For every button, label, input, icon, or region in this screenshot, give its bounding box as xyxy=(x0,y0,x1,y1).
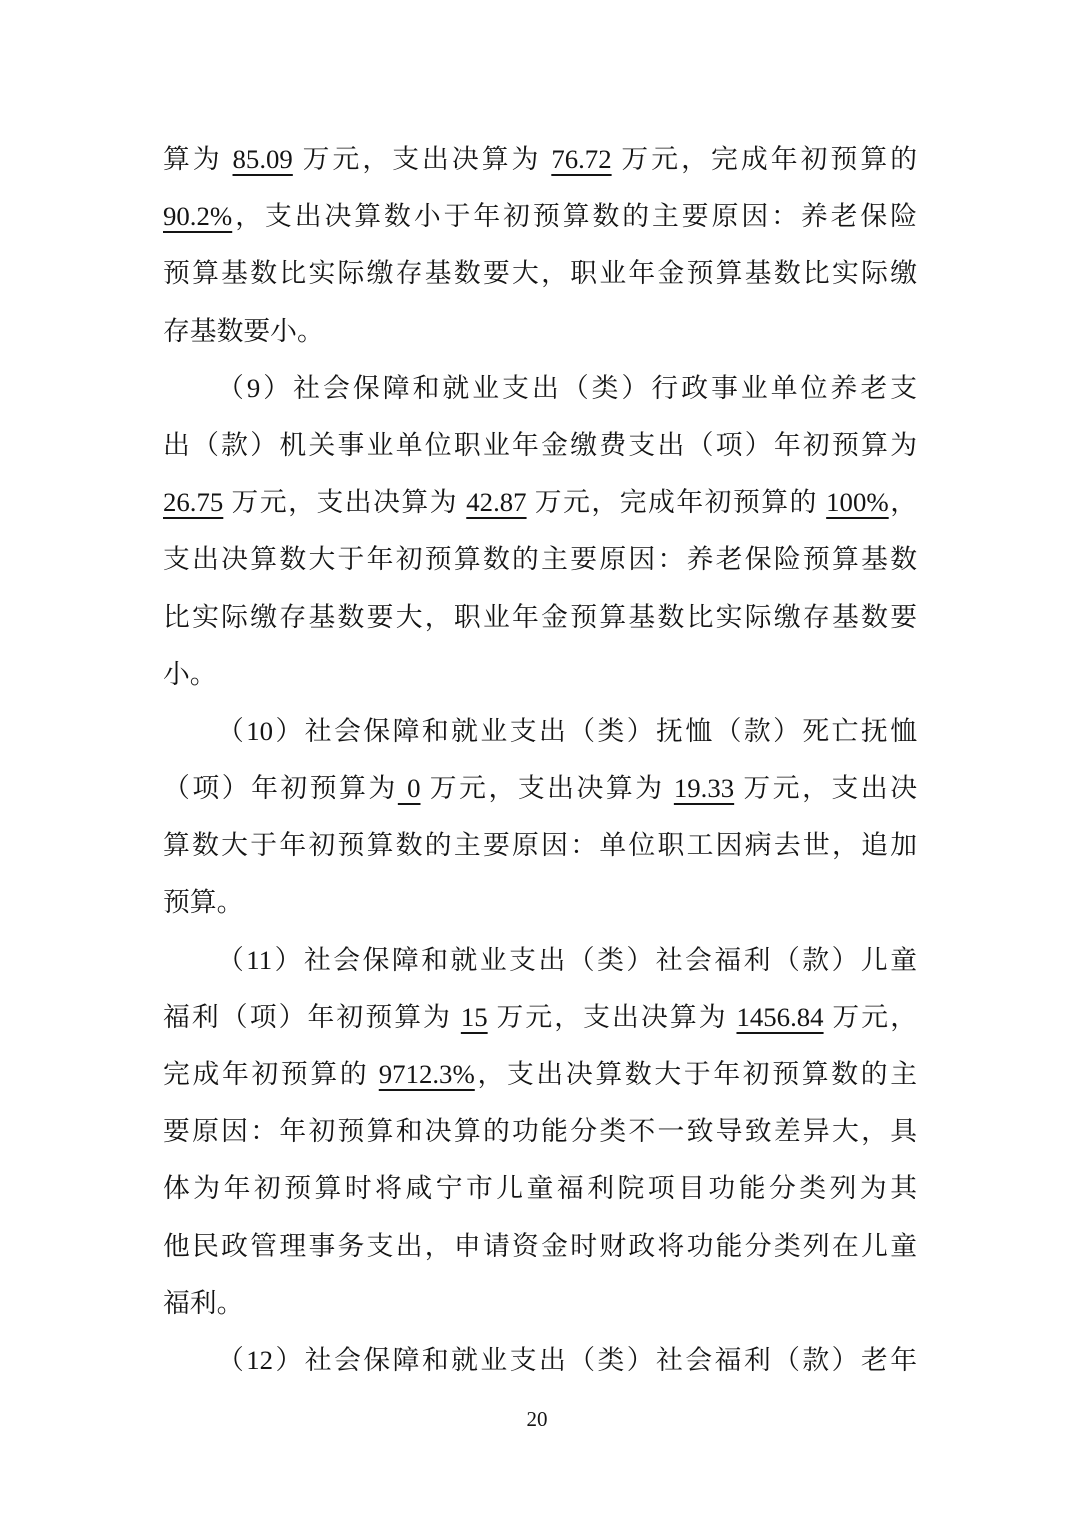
text-run: （12）社会保障和就业支出（类）社会福利（款）老年 xyxy=(217,1345,917,1375)
underlined-value: 19.33 xyxy=(674,773,734,803)
text-line: 算数大于年初预算数的主要原因：单位职工因病去世，追加 xyxy=(163,817,917,874)
underlined-value: 0 xyxy=(398,773,421,803)
text-line: 完成年初预算的 9712.3%，支出决算数大于年初预算数的主 xyxy=(163,1046,917,1103)
text-run: 比实际缴存基数要大，职业年金预算基数比实际缴存基数要 xyxy=(163,602,917,632)
text-line: 算为 85.09 万元，支出决算为 76.72 万元，完成年初预算的 xyxy=(163,131,917,188)
text-line: 体为年初预算时将咸宁市儿童福利院项目功能分类列为其 xyxy=(163,1160,917,1217)
text-run: 万元，支出决算为 xyxy=(223,487,466,517)
text-run: 福利。 xyxy=(163,1288,243,1318)
text-run: （项）年初预算为 xyxy=(163,773,398,803)
text-run: 万元， xyxy=(824,1002,917,1032)
text-run: 支出决算数大于年初预算数的主要原因：养老保险预算基数 xyxy=(163,544,917,574)
underlined-value: 85.09 xyxy=(233,144,293,174)
text-run: 存基数要小。 xyxy=(163,316,324,346)
text-run: （10）社会保障和就业支出（类）抚恤（款）死亡抚恤 xyxy=(217,716,917,746)
document-body: 算为 85.09 万元，支出决算为 76.72 万元，完成年初预算的90.2%，… xyxy=(163,131,917,1389)
text-run: 算为 xyxy=(163,144,233,174)
text-run: （11）社会保障和就业支出（类）社会福利（款）儿童 xyxy=(217,945,917,975)
text-run: 万元，支出决 xyxy=(734,773,917,803)
text-line: 存基数要小。 xyxy=(163,303,917,360)
text-line: 支出决算数大于年初预算数的主要原因：养老保险预算基数 xyxy=(163,531,917,588)
text-run: 预算基数比实际缴存基数要大，职业年金预算基数比实际缴 xyxy=(163,258,917,288)
text-line: 90.2%，支出决算数小于年初预算数的主要原因：养老保险 xyxy=(163,188,917,245)
underlined-value: 76.72 xyxy=(551,144,611,174)
underlined-value: 15 xyxy=(461,1002,488,1032)
underlined-value: 1456.84 xyxy=(736,1002,823,1032)
text-run: 算数大于年初预算数的主要原因：单位职工因病去世，追加 xyxy=(163,830,917,860)
text-run: 体为年初预算时将咸宁市儿童福利院项目功能分类列为其 xyxy=(163,1173,917,1203)
text-line: （9）社会保障和就业支出（类）行政事业单位养老支 xyxy=(163,360,917,417)
text-run: 万元，完成年初预算的 xyxy=(527,487,827,517)
underlined-value: 90.2% xyxy=(163,201,232,231)
text-run: 万元，完成年初预算的 xyxy=(612,144,917,174)
text-line: 他民政管理事务支出，申请资金时财政将功能分类列在儿童 xyxy=(163,1218,917,1275)
text-line: 预算。 xyxy=(163,874,917,931)
underlined-value: 26.75 xyxy=(163,487,223,517)
text-line: 小。 xyxy=(163,646,917,703)
underlined-value: 42.87 xyxy=(466,487,526,517)
underlined-value: 9712.3% xyxy=(379,1059,475,1089)
text-line: 福利（项）年初预算为 15 万元，支出决算为 1456.84 万元， xyxy=(163,989,917,1046)
text-line: 要原因：年初预算和决算的功能分类不一致导致差异大，具 xyxy=(163,1103,917,1160)
text-run: 小。 xyxy=(163,659,217,689)
text-run: 万元，支出决算为 xyxy=(293,144,552,174)
text-line: 比实际缴存基数要大，职业年金预算基数比实际缴存基数要 xyxy=(163,589,917,646)
text-line: 预算基数比实际缴存基数要大，职业年金预算基数比实际缴 xyxy=(163,245,917,302)
document-page: 算为 85.09 万元，支出决算为 76.72 万元，完成年初预算的90.2%，… xyxy=(0,0,1074,1520)
text-run: 预算。 xyxy=(163,887,243,917)
text-line: 福利。 xyxy=(163,1275,917,1332)
text-line: 26.75 万元，支出决算为 42.87 万元，完成年初预算的 100%， xyxy=(163,474,917,531)
text-run: 福利（项）年初预算为 xyxy=(163,1002,461,1032)
text-line: （项）年初预算为 0 万元，支出决算为 19.33 万元，支出决 xyxy=(163,760,917,817)
text-run: 完成年初预算的 xyxy=(163,1059,379,1089)
text-run: 他民政管理事务支出，申请资金时财政将功能分类列在儿童 xyxy=(163,1231,917,1261)
text-run: 出（款）机关事业单位职业年金缴费支出（项）年初预算为 xyxy=(163,430,917,460)
text-run: 万元，支出决算为 xyxy=(488,1002,737,1032)
text-line: （11）社会保障和就业支出（类）社会福利（款）儿童 xyxy=(163,932,917,989)
text-line: 出（款）机关事业单位职业年金缴费支出（项）年初预算为 xyxy=(163,417,917,474)
text-run: （9）社会保障和就业支出（类）行政事业单位养老支 xyxy=(217,373,917,403)
text-run: 万元，支出决算为 xyxy=(421,773,674,803)
underlined-value: 100% xyxy=(826,487,889,517)
text-run: 要原因：年初预算和决算的功能分类不一致导致差异大，具 xyxy=(163,1116,917,1146)
page-number: 20 xyxy=(0,1405,1074,1433)
text-run: ，支出决算数小于年初预算数的主要原因：养老保险 xyxy=(232,201,917,231)
text-line: （10）社会保障和就业支出（类）抚恤（款）死亡抚恤 xyxy=(163,703,917,760)
text-run: ，支出决算数大于年初预算数的主 xyxy=(475,1059,917,1089)
text-line: （12）社会保障和就业支出（类）社会福利（款）老年 xyxy=(163,1332,917,1389)
text-run: ， xyxy=(889,487,917,517)
